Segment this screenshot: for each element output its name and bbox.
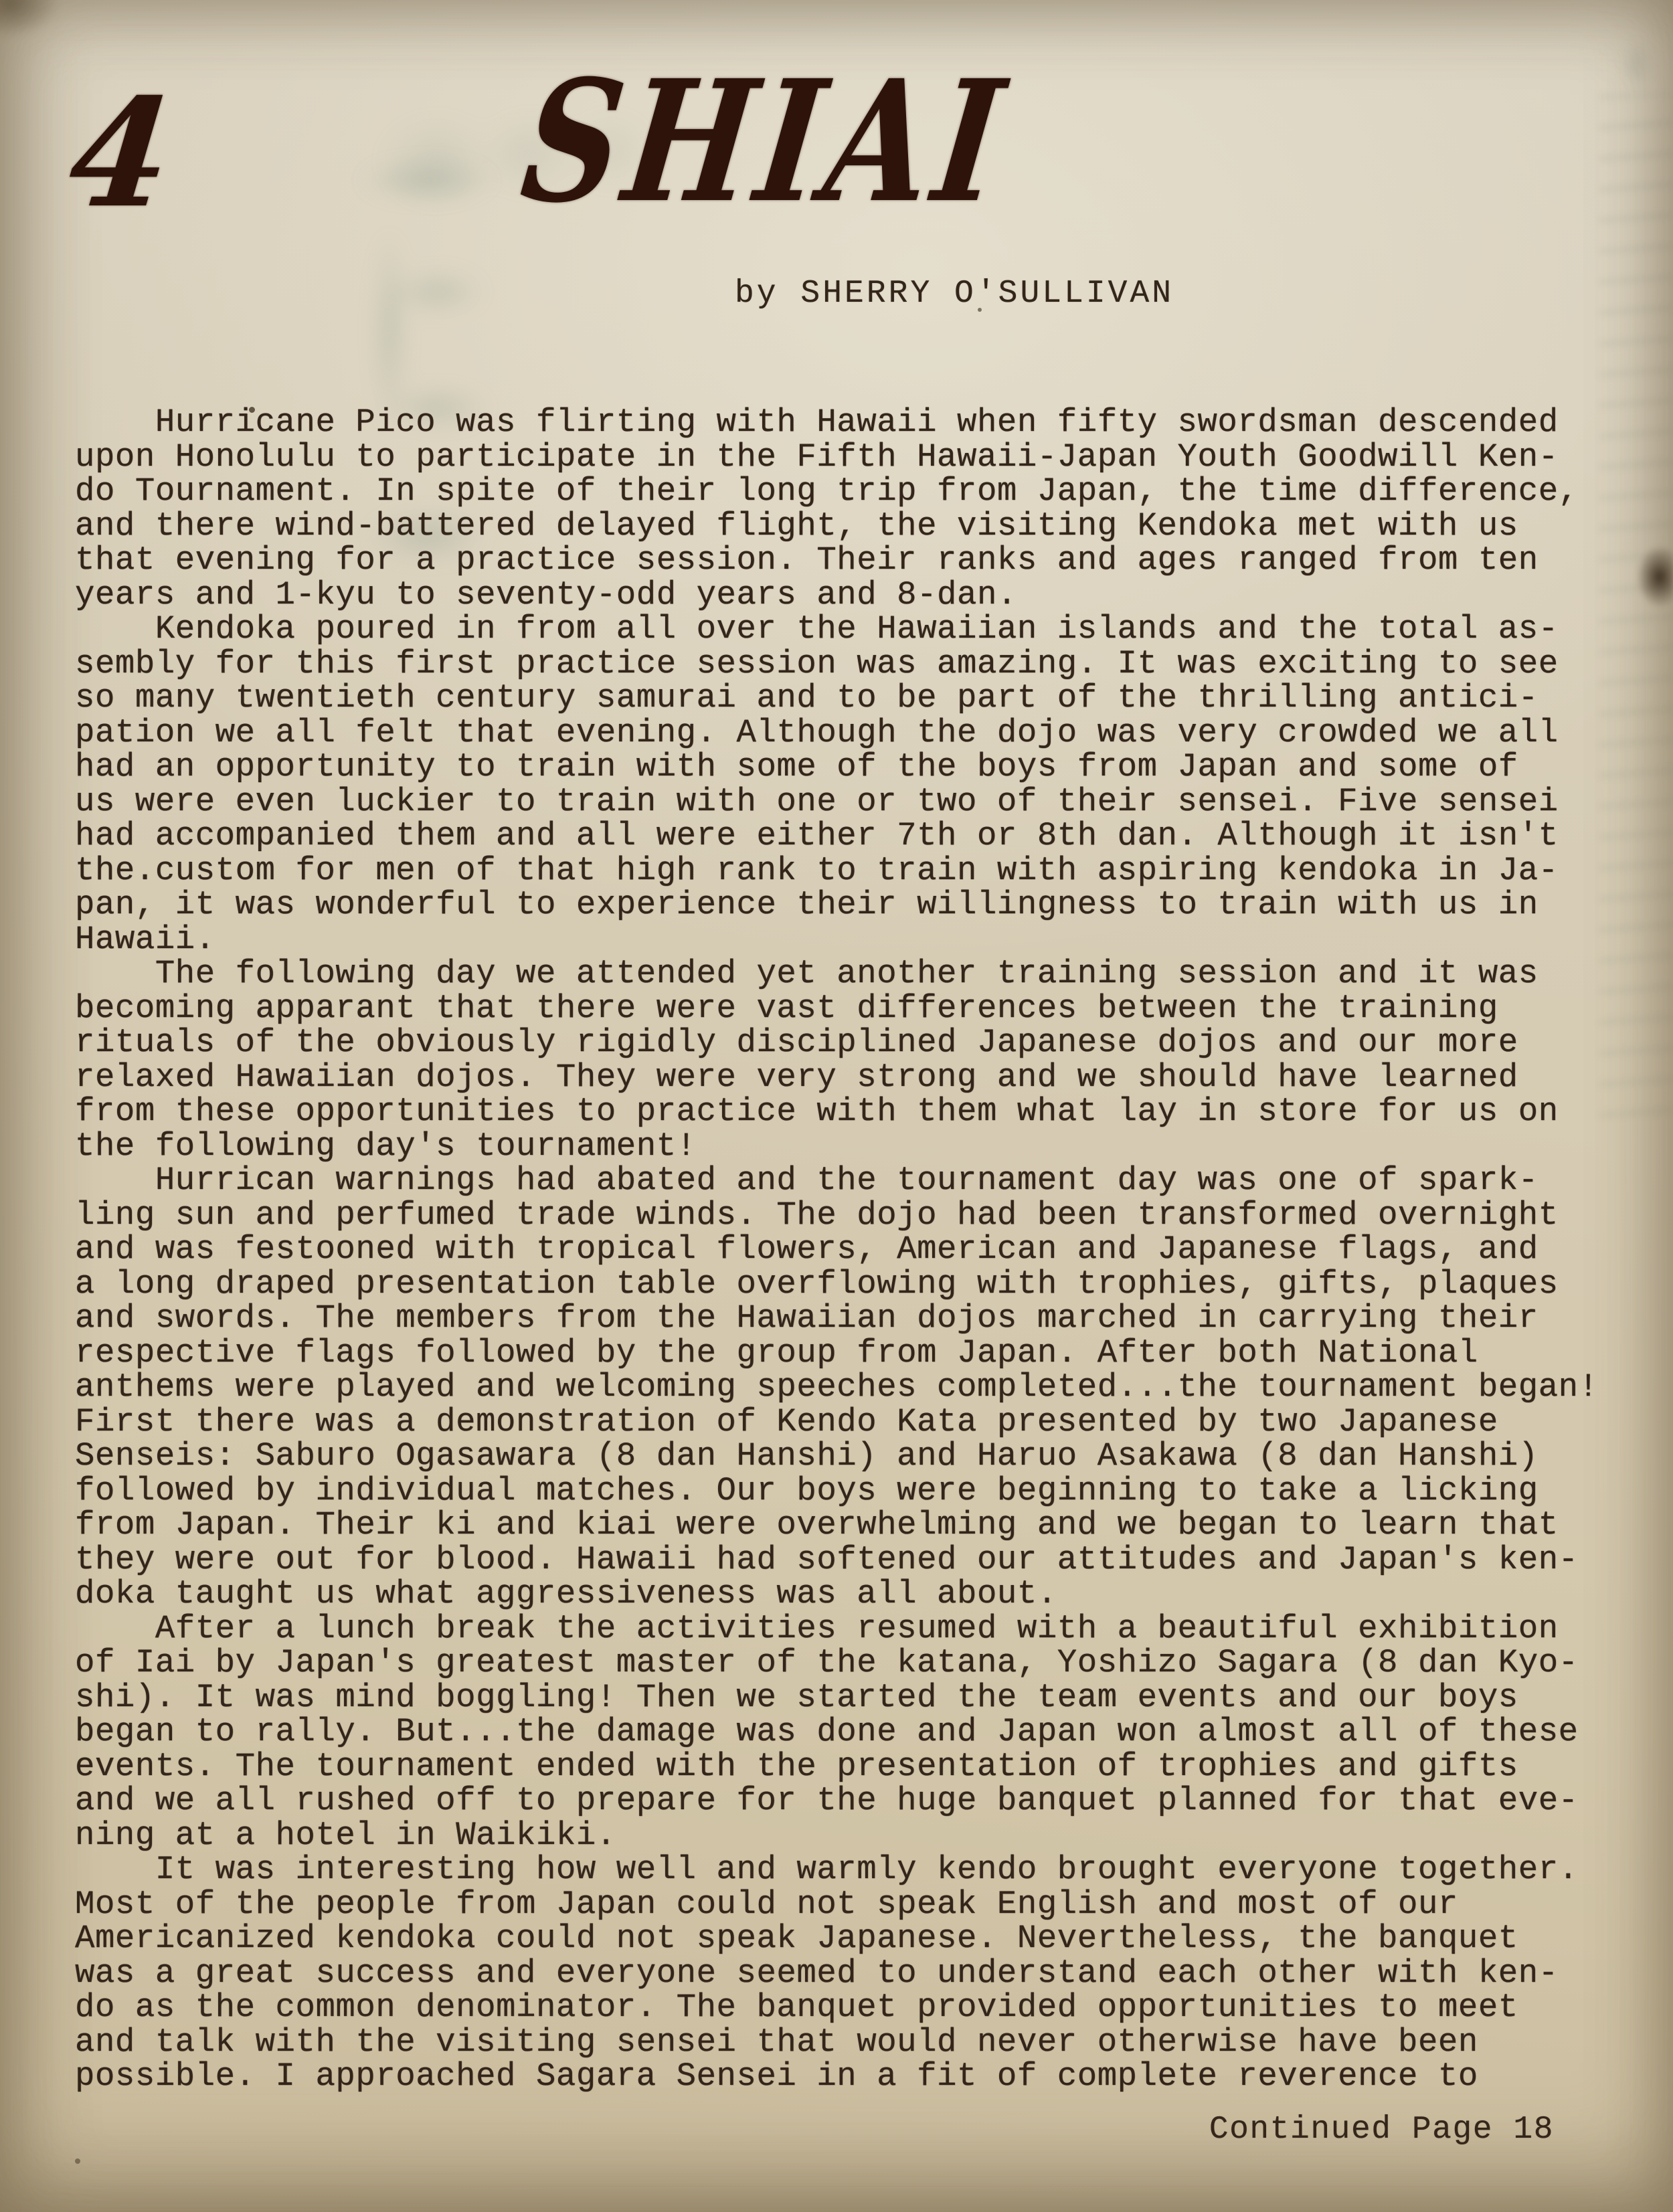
- page-number: 4: [64, 79, 178, 228]
- bleed-through-corner-mark: [1614, 27, 1661, 100]
- newsletter-page: 4 SHIAI by SHERRY O'SULLIVAN Hurricane P…: [0, 0, 1673, 2212]
- ink-blot: [1637, 546, 1673, 608]
- continued-note: Continued Page 18: [0, 2112, 1554, 2148]
- article-title: SHIAI: [515, 59, 1015, 226]
- byline: by SHERRY O'SULLIVAN: [735, 276, 1174, 312]
- article-body: Hurricane Pico was flirting with Hawaii …: [75, 405, 1634, 2094]
- paper-speck-3: [75, 2158, 80, 2164]
- page-corner-shadow: [0, 0, 62, 39]
